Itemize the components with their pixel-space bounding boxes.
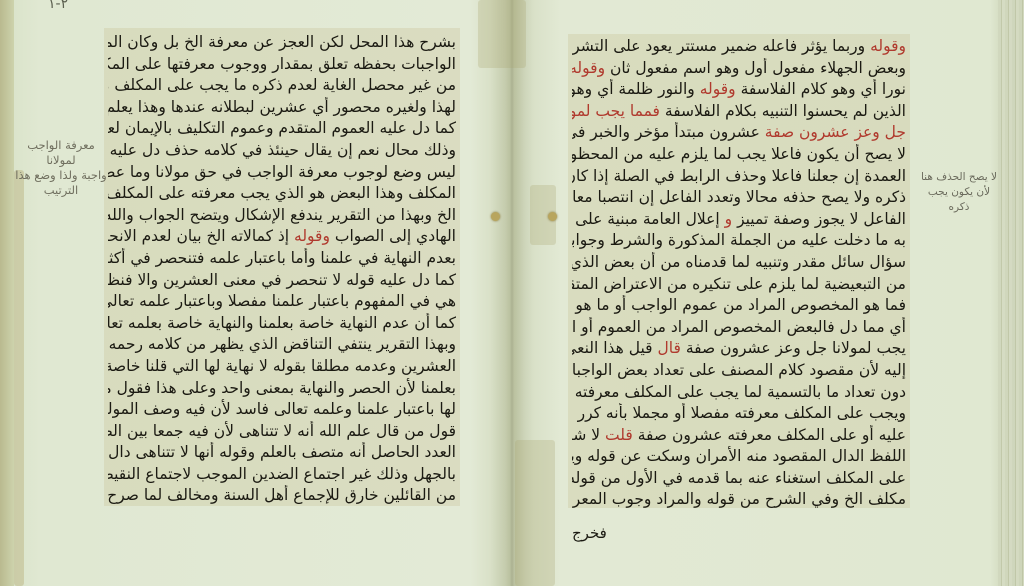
marginal-note-left: معرفة الواجب لمولانا واجبة ولذا وضع هذا … — [12, 138, 110, 198]
text-line-with-rubric: نورا أي وهو كلام الفلاسفة وقوله والنور ظ… — [572, 79, 906, 101]
text-line: كما أن عدم النهاية خاصة بعلمنا والنهاية … — [108, 313, 456, 335]
text-line: ويجب على المكلف معرفته مفصلا أو مجملا بأ… — [572, 403, 906, 425]
paper-stain — [478, 0, 526, 68]
text-line-with-rubric: يجب لمولانا جل وعز عشرون صفة قال قيل هذا… — [572, 338, 906, 360]
text-line: لا يصح أن يكون فاعلا يجب لما يلزم عليه م… — [572, 144, 906, 166]
text-line: أي مما دل فالبعض المخصوص المراد من العمو… — [572, 317, 906, 339]
text-line-with-rubric: وبعض الجهلاء مفعول أول وهو اسم مفعول ثان… — [572, 58, 906, 80]
binding-hole — [548, 212, 557, 221]
text-line: اللفظ الدال المقصود منه الأمران وسكت عن … — [572, 446, 906, 468]
text-line: سؤال سائل مقدر وتنبيه لما قدمناه من أن ب… — [572, 252, 906, 274]
left-page-text: بشرح هذا المحل لكن العجز عن معرفة الخ بل… — [108, 32, 456, 507]
text-line: بعدم النهاية في علمنا وأما باعتبار علمه … — [108, 248, 456, 270]
folio-number: ٢-١ — [48, 0, 68, 12]
text-line: العدد الحاصل أنه متصف بالعلم وقوله أنها … — [108, 442, 456, 464]
rubric-word: قلت — [605, 426, 633, 444]
text-line-with-rubric: جل وعز عشرون صفة عشرون مبتدأ مؤخر والخبر… — [572, 122, 906, 144]
text-line: العمدة إن جعلنا فاعلا وحذف الرابط في الص… — [572, 166, 906, 188]
text-line: بعلمنا لأن الحصر والنهاية بمعنى واحد وعل… — [108, 378, 456, 400]
text-line: الواجبات بحفظه تعلق بمقدار ووجوب معرفتها… — [108, 54, 456, 76]
text-line: الخ وبهذا من التقرير يندفع الإشكال ويتضح… — [108, 205, 456, 227]
text-line-with-rubric: الفاعل لا يجوز وصفة تمييز و إعلال العامة… — [572, 209, 906, 231]
text-line: لها باعتبار علمنا وعلمه تعالى فاسد لأن ف… — [108, 399, 456, 421]
book-edge-left — [0, 0, 14, 586]
text-line: هي في المفهوم باعتبار علمنا مفصلا وباعتب… — [108, 291, 456, 313]
rubric-word: وقوله — [294, 227, 330, 245]
text-line: من غير محصل الغاية لعدم ذكره ما يجب على … — [108, 75, 456, 97]
paper-stain — [515, 440, 555, 586]
rubric-word: جل وعز عشرون صفة — [765, 123, 906, 141]
rubric-word: وقوله — [572, 59, 605, 77]
marginal-note-right: لا يصح الحذف هنا لأن يكون يجب ذكره — [918, 170, 1000, 215]
text-line: كما دل عليه العموم المتقدم وعموم التكليف… — [108, 118, 456, 140]
rubric-word: قال — [658, 339, 681, 357]
text-line-with-rubric: الذين لم يحسنوا التنبيه بكلام الفلاسفة ف… — [572, 101, 906, 123]
text-line: إليه لأن مقصود كلام المصنف على تعداد بعض… — [572, 360, 906, 382]
text-line: فما هو المخصوص المراد من عموم الواجب أو … — [572, 295, 906, 317]
marginal-line: معرفة الواجب لمولانا — [12, 138, 110, 168]
text-line: به ما دخلت عليه من الجملة المذكورة والشر… — [572, 230, 906, 252]
text-line-with-rubric: الهادي إلى الصواب وقوله إذ كمالاته الخ ب… — [108, 226, 456, 248]
marginal-line: واجبة ولذا وضع هذا — [12, 168, 110, 183]
text-line: وذلك محال نعم إن يقال حينئذ في كلامه حذف… — [108, 140, 456, 162]
rubric-word: فمما يجب لمولانا — [572, 102, 660, 120]
text-line: مكلف الخ وفي الشرح من قوله والمراد وجوب … — [572, 489, 906, 511]
text-line: ليس وضع لوجوب معرفة الواجب في حق مولانا … — [108, 162, 456, 184]
text-line: العشرين وعدمه مطلقا بقوله لا نهاية لها ا… — [108, 356, 456, 378]
text-line: بالجهل وذلك غير اجتماع الضدين الموجب لاج… — [108, 464, 456, 486]
right-page-text: وقوله وربما يؤثر فاعله ضمير مستتر يعود ع… — [572, 36, 906, 511]
paper-stain — [14, 170, 24, 586]
text-line: ذكره ولا يصح حذفه محالا وتعدد الفاعل إن … — [572, 187, 906, 209]
marginal-line: لأن يكون يجب ذكره — [918, 185, 1000, 215]
marginal-line: الترتيب — [12, 183, 110, 198]
text-line-with-rubric: وقوله وربما يؤثر فاعله ضمير مستتر يعود ع… — [572, 36, 906, 58]
binding-hole — [491, 212, 500, 221]
text-line: كما دل عليه قوله لا تنحصر في معنى العشري… — [108, 270, 456, 292]
text-line: من التبعيضية لما يلزم على تنكيره من الاع… — [572, 274, 906, 296]
text-line: على المكلف استغناء عنه بما قدمه في الأول… — [572, 468, 906, 490]
text-line: لهذا ولغيره محصور أي عشرين لبطلانه عندها… — [108, 97, 456, 119]
text-line: بشرح هذا المحل لكن العجز عن معرفة الخ بل… — [108, 32, 456, 54]
text-line: المكلف وهذا البعض هو الذي يجب معرفته على… — [108, 183, 456, 205]
book-edge-right-pages — [998, 0, 1024, 586]
text-line: من القائلين خارق للإجماع أهل السنة ومخال… — [108, 485, 456, 507]
rubric-word: وقوله — [700, 80, 736, 98]
text-line: دون تعداد ما بالتسمية لما يجب على المكلف… — [572, 382, 906, 404]
text-line: قول من قال علم الله أنه لا تتناهى لأن في… — [108, 421, 456, 443]
marginal-line: لا يصح الحذف هنا — [918, 170, 1000, 185]
text-line: وبهذا التقرير ينتفي التناقض الذي يظهر من… — [108, 334, 456, 356]
manuscript-spread: ٢-١ بشرح هذا المحل لكن العجز عن معرفة ال… — [0, 0, 1024, 586]
text-line-with-rubric: عليه أو على المكلف معرفته عشرون صفة قلت … — [572, 425, 906, 447]
catchword: فخرج — [572, 524, 607, 542]
rubric-word: وقوله — [870, 37, 906, 55]
